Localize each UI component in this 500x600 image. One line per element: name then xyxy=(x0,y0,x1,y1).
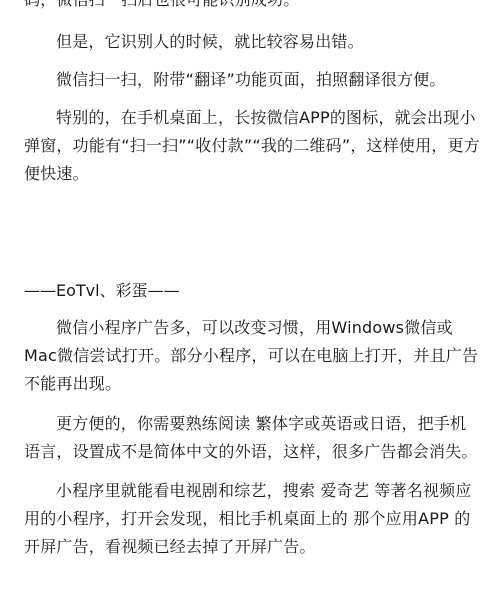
paragraph-continuation: 码，微信扫一扫后也很可能识别成功。 xyxy=(24,0,480,14)
paragraph: 特别的，在手机桌面上，长按微信APP的图标，就会出现小弹窗，功能有“扫一扫”“收… xyxy=(24,104,480,188)
paragraph: 但是，它识别人的时候，就比较容易出错。 xyxy=(24,28,480,56)
section-heading: ——EoTvl、彩蛋—— xyxy=(24,279,180,303)
paragraph: 小程序里就能看电视剧和综艺，搜索 爱奇艺 等著名视频应用的小程序，打开会发现，相… xyxy=(24,477,480,561)
paragraph: 微信扫一扫，附带“翻译”功能页面，拍照翻译很方便。 xyxy=(24,66,480,94)
paragraph: 微信小程序广告多，可以改变习惯，用Windows微信或Mac微信尝试打开。部分小… xyxy=(24,314,480,398)
paragraph: 更方便的，你需要熟练阅读 繁体字或英语或日语，把手机语言，设置成不是简体中文的外… xyxy=(24,410,480,466)
